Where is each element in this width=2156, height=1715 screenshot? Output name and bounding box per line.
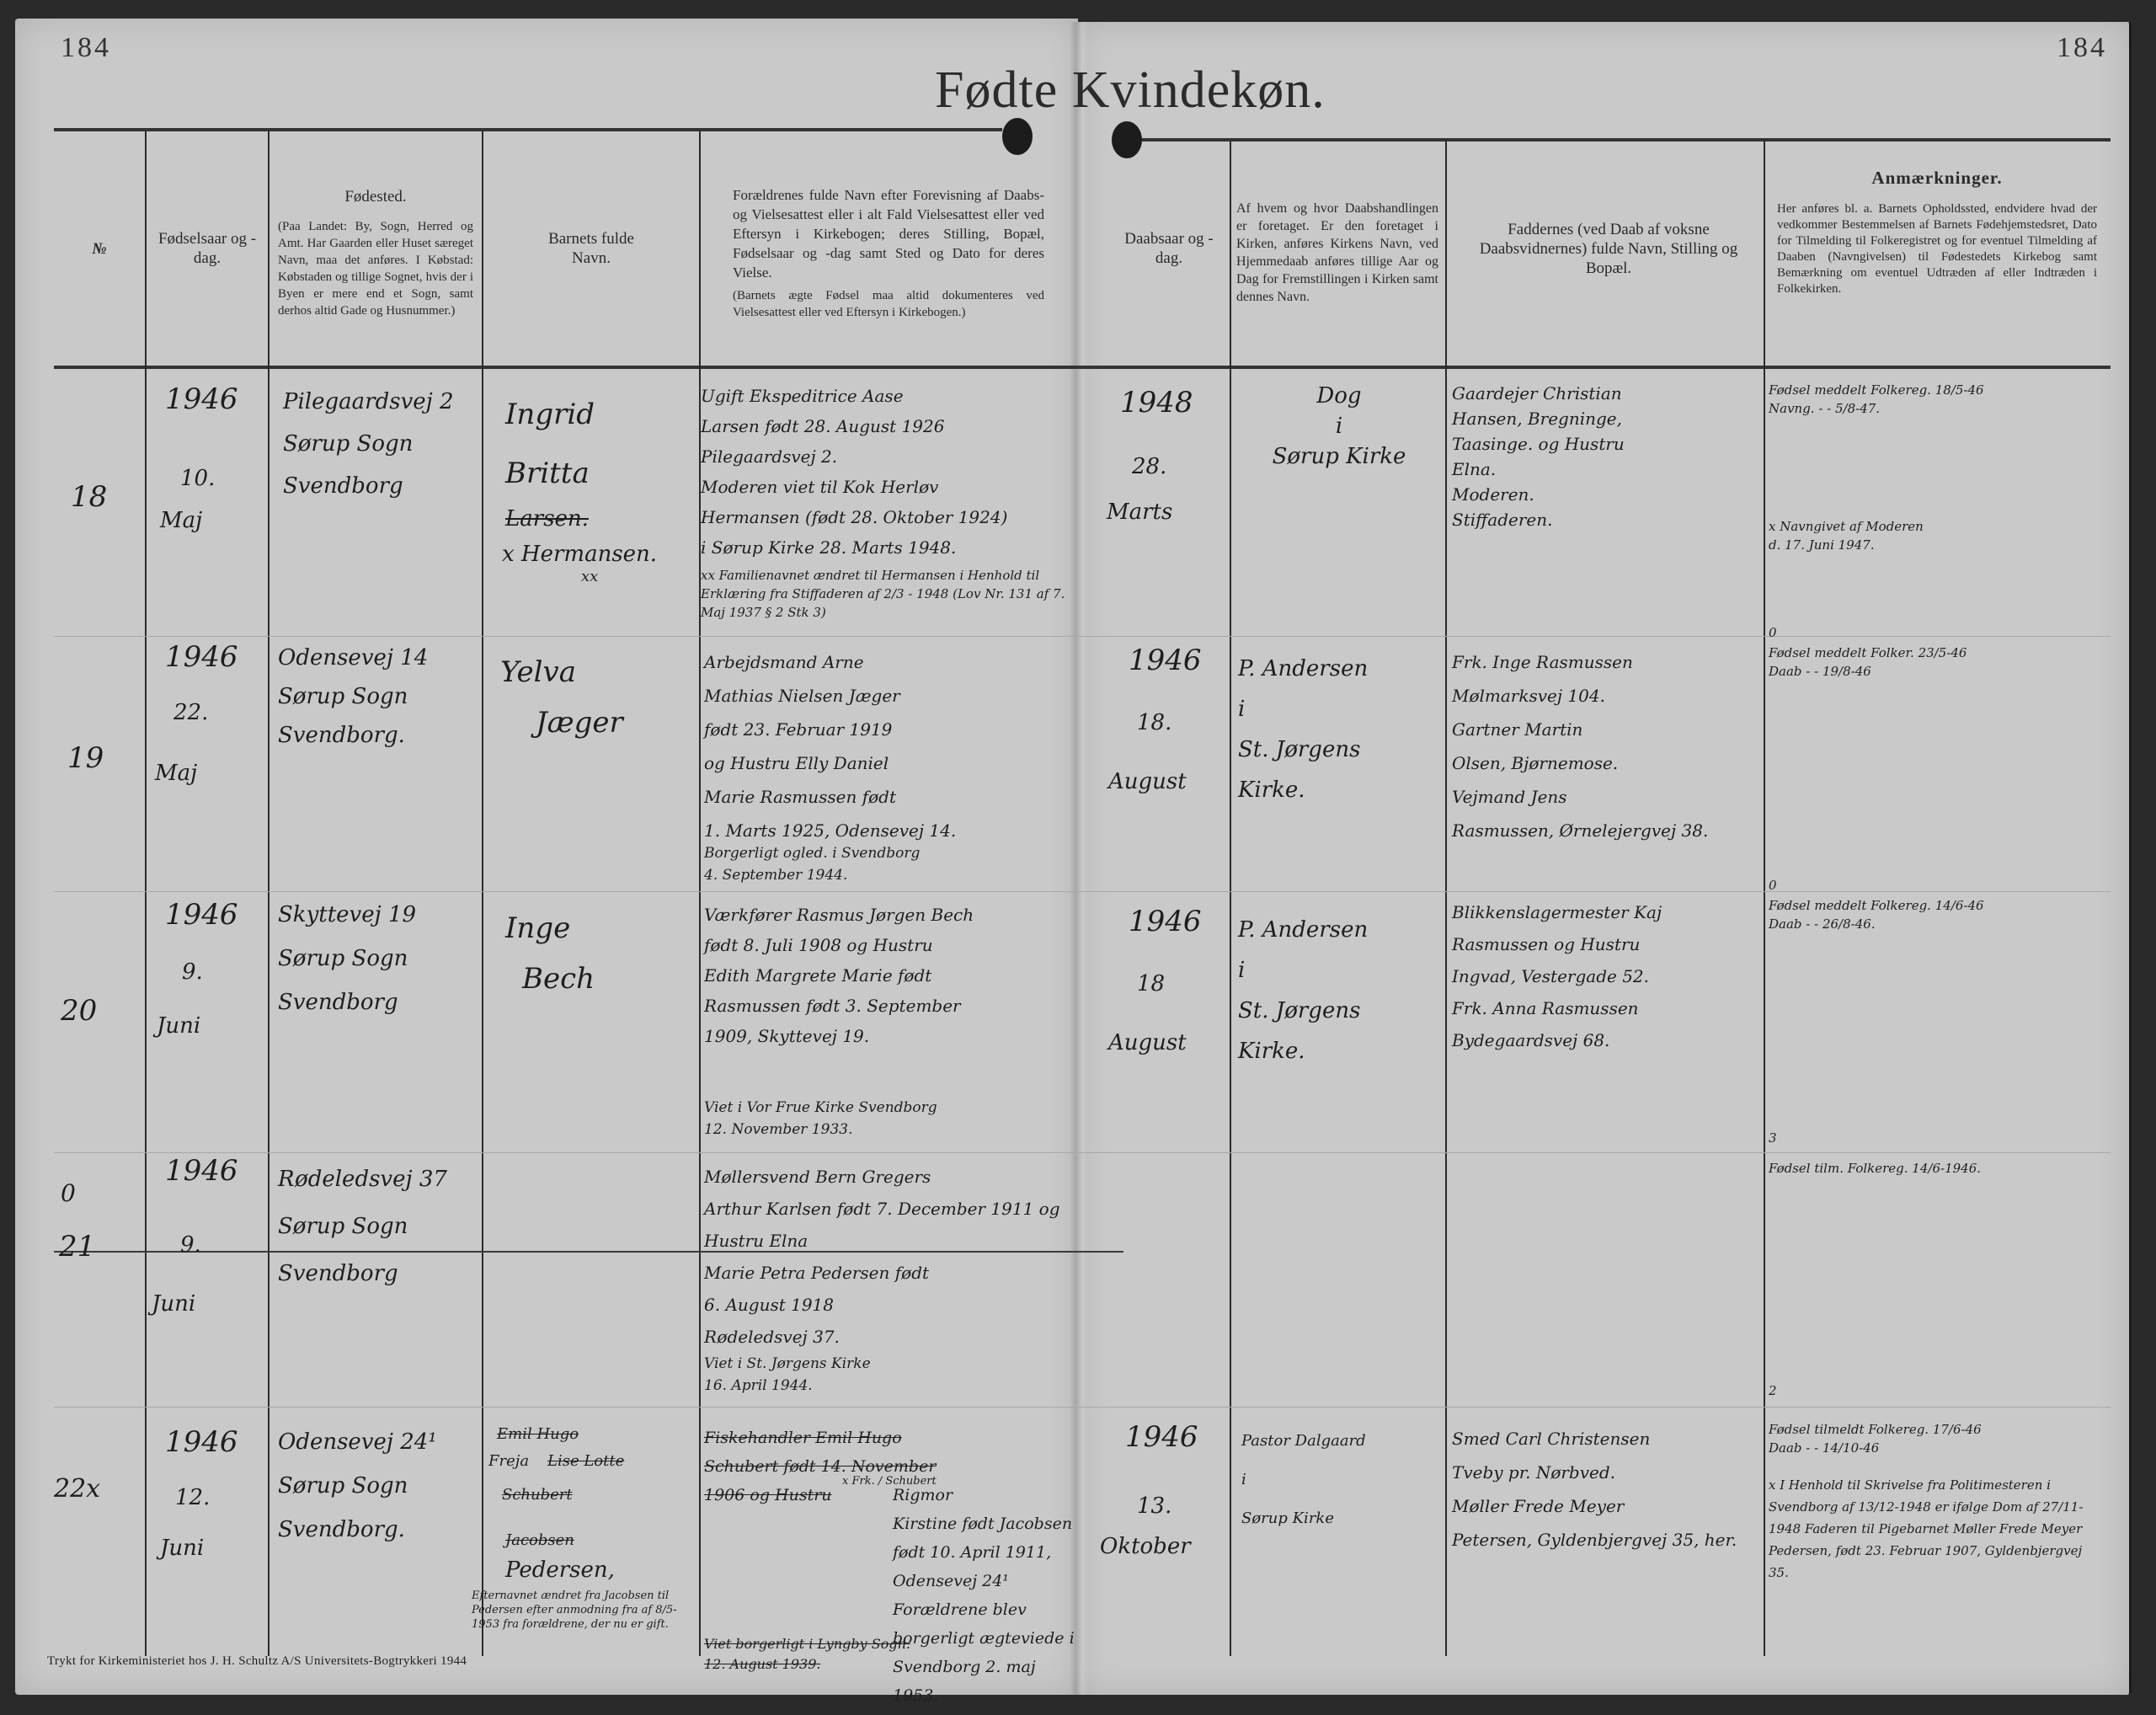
child-surname-struck: Larsen. xyxy=(505,504,589,534)
col-divider xyxy=(268,131,269,1656)
header-baptism-place: Af hvem og hvor Daabshandlingen er foret… xyxy=(1236,143,1438,362)
child-surname-new: x Hermansen. xyxy=(502,539,657,569)
header-godparents: Faddernes (ved Daab af voksne Daabsvidne… xyxy=(1465,135,1752,362)
baptism-year: 1946 xyxy=(1125,1418,1198,1456)
remarks-mark: 2 xyxy=(1769,1381,1777,1400)
child-surname: Jæger xyxy=(536,704,623,741)
row-separator xyxy=(54,891,2111,892)
col-divider xyxy=(1230,140,1231,1656)
header-birthplace-label: Fødested. xyxy=(278,187,473,206)
parents-note: Borgerligt ogled. i Svendborg 4. Septemb… xyxy=(704,842,1075,886)
header-birthplace: Fødested. (Paa Landet: By, Sogn, Herred … xyxy=(278,143,473,362)
remarks-mark: 0 xyxy=(1769,623,1777,642)
baptism-month: Marts xyxy=(1107,497,1172,527)
header-baptism-date-label: Daabsaar og -dag. xyxy=(1112,229,1226,268)
header-top-rule xyxy=(54,128,1002,131)
birth-month: Maj xyxy=(155,758,197,788)
header-godparents-label: Faddernes (ved Daab af voksne Daabsvidne… xyxy=(1465,220,1752,278)
header-birth-date: Fødselsaar og -dag. xyxy=(148,135,266,362)
remarks: Fødsel tilmeldt Folkereg. 17/6-46 Daab -… xyxy=(1769,1420,2105,1457)
birth-month: Maj xyxy=(160,505,202,536)
child-surname: Bech xyxy=(522,960,595,997)
col-divider xyxy=(1445,140,1447,1656)
baptism-day: 18 xyxy=(1137,969,1165,999)
header-baptism-place-label: Af hvem og hvor Daabshandlingen er foret… xyxy=(1236,200,1438,306)
remarks-mark: 0 xyxy=(1769,876,1777,895)
birth-day: 12. xyxy=(175,1483,210,1513)
remarks: Fødsel tilm. Folkereg. 14/6-1946. xyxy=(1769,1159,2105,1178)
baptism-place: P. Andersen i St. Jørgens Kirke. xyxy=(1238,910,1440,1071)
godparents: Gaardejer Christian Hansen, Bregninge, T… xyxy=(1452,381,1755,532)
birth-year: 1946 xyxy=(165,1424,238,1461)
baptism-month: August xyxy=(1108,1028,1187,1058)
birth-day: 9. xyxy=(182,957,203,987)
entry-number: 18 xyxy=(71,480,107,514)
baptism-place: P. Andersen i St. Jørgens Kirke. xyxy=(1238,649,1440,810)
remarks-note: x Navngivet af Moderen d. 17. Juni 1947. xyxy=(1769,517,2105,554)
parents-note: Viet i Vor Frue Kirke Svendborg 12. Nove… xyxy=(704,1097,1075,1141)
baptism-place: Pastor Dalgaard i Sørup Kirke xyxy=(1241,1422,1444,1538)
header-child-name: Barnets fulde Navn. xyxy=(485,135,697,362)
col-divider xyxy=(145,131,147,1656)
birth-day: 22. xyxy=(173,697,208,728)
birth-day: 10. xyxy=(180,463,215,494)
birth-day: 9. xyxy=(180,1230,201,1260)
child-surname-new: Pedersen, xyxy=(505,1555,615,1585)
header-parents: Forældrenes fulde Navn efter Forevisning… xyxy=(733,143,1044,362)
header-parents-label: Forældrenes fulde Navn efter Forevisning… xyxy=(733,185,1044,282)
left-page-number: 184 xyxy=(61,32,111,64)
header-child-name-label: Barnets fulde Navn. xyxy=(485,229,697,268)
col-divider xyxy=(1764,140,1765,1656)
birth-month: Juni xyxy=(160,1533,204,1563)
birth-month: Juni xyxy=(157,1011,200,1041)
baptism-place: Dog i Sørup Kirke xyxy=(1255,381,1423,472)
birthplace: Odensevej 14 Sørup Sogn Svendborg. xyxy=(278,638,428,755)
right-page-number: 184 xyxy=(2057,32,2107,64)
child-name-struck: Lise Lotte xyxy=(547,1451,624,1472)
child-name-note: Efternavnet ændret fra Jacobsen til Pede… xyxy=(472,1589,699,1632)
parents: Rigmor Kirstine født Jacobsen født 10. A… xyxy=(893,1481,1078,1710)
baptism-month: August xyxy=(1108,767,1187,797)
baptism-year: 1948 xyxy=(1120,384,1193,421)
child-first-name: Inge xyxy=(505,910,570,947)
parents: Møllersvend Bern Gregers Arthur Karlsen … xyxy=(704,1161,1075,1353)
parents-struck-marriage: Viet borgerligt i Lyngby Sogn. 12. Augus… xyxy=(704,1634,1075,1675)
col-divider xyxy=(482,131,483,1656)
entry-number-prefix: 0 xyxy=(61,1179,76,1207)
row-separator xyxy=(54,1152,2111,1153)
header-no-label: № xyxy=(54,239,145,259)
birth-year: 1946 xyxy=(165,381,238,418)
col-divider xyxy=(699,131,701,1656)
remarks-note: x I Henhold til Skrivelse fra Politimest… xyxy=(1769,1474,2097,1584)
child-first-name: Ingrid xyxy=(505,396,595,433)
header-remarks: Anmærkninger. Her anføres bl. a. Barnets… xyxy=(1777,168,2097,362)
birthplace: Skyttevej 19 Sørup Sogn Svendborg xyxy=(278,893,416,1024)
page-title: Fødte Kvindekøn. xyxy=(935,61,1326,120)
godparents: Frk. Inge Rasmussen Mølmarksvej 104. Gar… xyxy=(1452,645,1764,847)
header-parents-note: (Barnets ægte Fødsel maa altid dokumente… xyxy=(733,287,1044,321)
parents-note: xx Familienavnet ændret til Hermansen i … xyxy=(701,566,1071,622)
child-name-struck: Emil Hugo xyxy=(497,1424,579,1445)
baptism-day: 28. xyxy=(1132,451,1166,482)
parents-note: Viet i St. Jørgens Kirke 16. April 1944. xyxy=(704,1353,1075,1397)
entry-number: 21 xyxy=(59,1230,95,1264)
parents: Ugift Ekspeditrice Aase Larsen født 28. … xyxy=(701,381,1071,563)
child-middle-name: Britta xyxy=(505,455,590,492)
parents: Arbejdsmand Arne Mathias Nielsen Jæger f… xyxy=(704,645,1075,847)
remarks: Fødsel meddelt Folkereg. 18/5-46 Navng. … xyxy=(1769,381,2105,418)
header-baptism-date: Daabsaar og -dag. xyxy=(1112,135,1226,362)
header-birthplace-note: (Paa Landet: By, Sogn, Herred og Amt. Ha… xyxy=(278,218,473,319)
godparents: Smed Carl Christensen Tveby pr. Nørbved.… xyxy=(1452,1422,1764,1557)
header-bottom-rule xyxy=(54,366,2111,369)
entry-number: 20 xyxy=(61,994,97,1028)
baptism-year: 1946 xyxy=(1129,642,1202,679)
child-first-name: Freja xyxy=(488,1451,529,1472)
header-remarks-label: Anmærkninger. xyxy=(1777,168,2097,188)
printer-imprint: Trykt for Kirkeministeriet hos J. H. Sch… xyxy=(47,1654,467,1669)
parents: Værkfører Rasmus Jørgen Bech født 8. Jul… xyxy=(704,900,1075,1051)
baptism-month: Oktober xyxy=(1100,1531,1191,1562)
birthplace: Odensevej 24¹ Sørup Sogn Svendborg. xyxy=(278,1420,437,1552)
remarks-mark: 3 xyxy=(1769,1129,1777,1147)
birthplace: Rødeledsvej 37 Sørup Sogn Svendborg xyxy=(278,1156,447,1297)
entry-number: 22x xyxy=(54,1474,100,1504)
row-separator xyxy=(54,1407,2111,1408)
header-no: № xyxy=(54,135,145,362)
birth-month: Juni xyxy=(152,1289,195,1319)
baptism-year: 1946 xyxy=(1129,903,1202,940)
child-name-struck: Jacobsen xyxy=(505,1530,574,1552)
row-separator xyxy=(54,636,2111,637)
remarks: Fødsel meddelt Folker. 23/5-46 Daab - - … xyxy=(1769,644,2105,681)
header-birth-date-label: Fødselsaar og -dag. xyxy=(148,229,266,268)
remarks: Fødsel meddelt Folkereg. 14/6-46 Daab - … xyxy=(1769,896,2105,933)
godparents: Blikkenslagermester Kaj Rasmussen og Hus… xyxy=(1452,896,1764,1056)
child-name-struck: Schubert xyxy=(502,1484,573,1506)
header-remarks-note: Her anføres bl. a. Barnets Opholdssted, … xyxy=(1777,201,2097,297)
birth-year: 1946 xyxy=(165,638,238,676)
birth-year: 1946 xyxy=(165,896,238,933)
child-name-mark: xx xyxy=(581,566,598,588)
baptism-day: 13. xyxy=(1137,1491,1171,1521)
birthplace: Pilegaardsvej 2 Sørup Sogn Svendborg xyxy=(283,381,454,507)
entry-number: 19 xyxy=(67,741,104,775)
child-first-name: Yelva xyxy=(500,654,576,691)
baptism-day: 18. xyxy=(1137,708,1171,738)
birth-year: 1946 xyxy=(165,1152,238,1189)
